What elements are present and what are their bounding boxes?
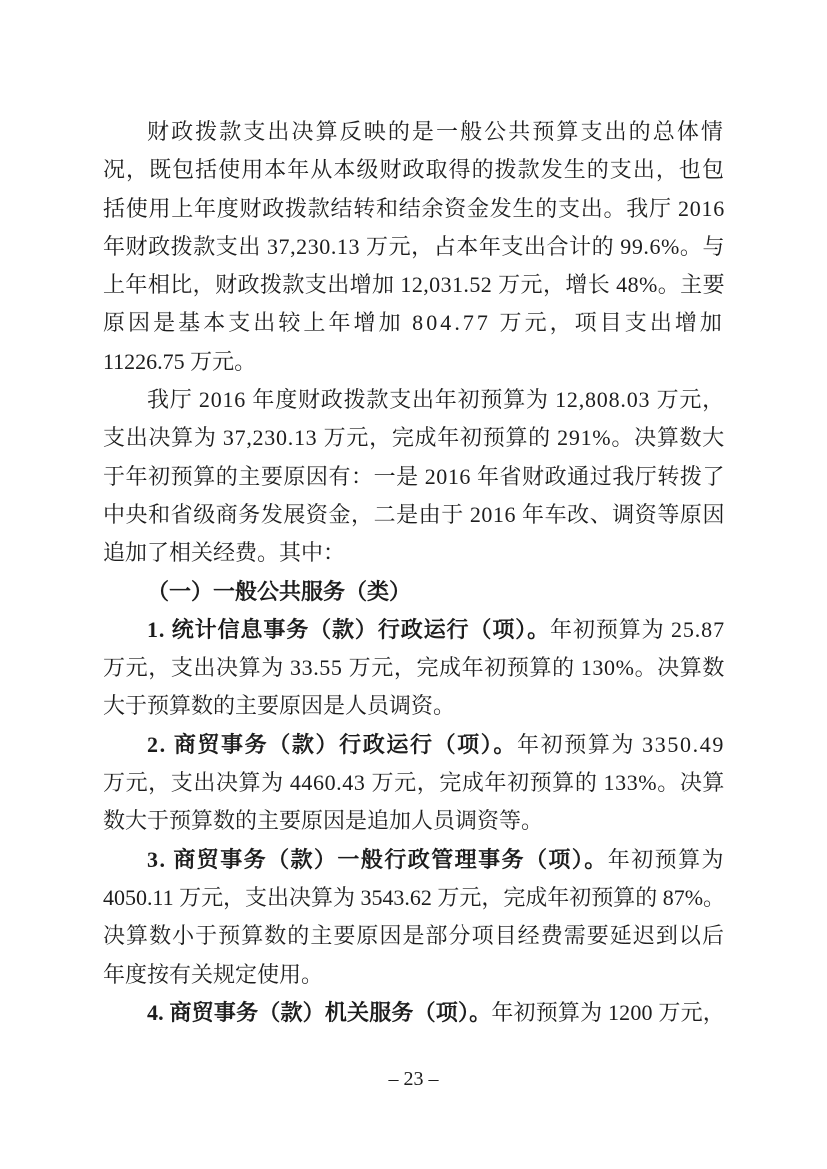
text-line: 11226.75 万元。: [103, 343, 725, 381]
text-line: 大于预算数的主要原因是人员调资。: [103, 687, 725, 725]
text-line: 万元，支出决算为 33.55 万元，完成年初预算的 130%。决算数: [103, 649, 725, 687]
item-heading: 2. 商贸事务（款）行政运行（项）。: [147, 732, 517, 757]
text-line: 3. 商贸事务（款）一般行政管理事务（项）。年初预算为: [103, 841, 725, 879]
paragraph-item-1: 1. 统计信息事务（款）行政运行（项）。年初预算为 25.87 万元，支出决算为…: [103, 611, 725, 726]
text-segment: 决算数小于预算数的主要原因是部分项目经费需要延迟到以后: [103, 923, 725, 948]
text-line: 中央和省级商务发展资金，二是由于 2016 年车改、调资等原因: [103, 496, 725, 534]
text-segment: 11226.75 万元。: [103, 349, 256, 374]
text-segment: 于年初预算的主要原因有：一是 2016 年省财政通过我厅转拨了: [103, 464, 725, 489]
text-line: 4. 商贸事务（款）机关服务（项）。年初预算为 1200 万元，: [103, 994, 725, 1032]
text-segment: 上年相比，财政拨款支出增加 12,031.52 万元，增长 48%。主要: [103, 272, 725, 297]
text-segment: 我厅 2016 年度财政拨款支出年初预算为 12,808.03 万元，: [147, 387, 725, 412]
text-line: 上年相比，财政拨款支出增加 12,031.52 万元，增长 48%。主要: [103, 266, 725, 304]
text-line: 财政拨款支出决算反映的是一般公共预算支出的总体情: [103, 113, 725, 151]
paragraph-section-heading: （一）一般公共服务（类）: [103, 573, 725, 611]
text-line: 于年初预算的主要原因有：一是 2016 年省财政通过我厅转拨了: [103, 458, 725, 496]
text-line: 年度按有关规定使用。: [103, 956, 725, 994]
text-line: 况，既包括使用本年从本级财政取得的拨款发生的支出，也包: [103, 151, 725, 189]
section-heading: （一）一般公共服务（类）: [147, 579, 411, 604]
text-segment: 中央和省级商务发展资金，二是由于 2016 年车改、调资等原因: [103, 502, 725, 527]
item-heading: 3. 商贸事务（款）一般行政管理事务（项）。: [147, 847, 608, 872]
text-segment: 万元，支出决算为 33.55 万元，完成年初预算的 130%。决算数: [103, 655, 725, 680]
text-line: 决算数小于预算数的主要原因是部分项目经费需要延迟到以后: [103, 917, 725, 955]
text-line: （一）一般公共服务（类）: [103, 573, 725, 611]
text-line: 1. 统计信息事务（款）行政运行（项）。年初预算为 25.87: [103, 611, 725, 649]
text-line: 年财政拨款支出 37,230.13 万元，占本年支出合计的 99.6%。与: [103, 228, 725, 266]
paragraph-budget-comparison: 我厅 2016 年度财政拨款支出年初预算为 12,808.03 万元， 支出决算…: [103, 381, 725, 572]
text-line: 括使用上年度财政拨款结转和结余资金发生的支出。我厅 2016: [103, 190, 725, 228]
text-line: 原因是基本支出较上年增加 804.77 万元，项目支出增加: [103, 304, 725, 342]
paragraph-item-4: 4. 商贸事务（款）机关服务（项）。年初预算为 1200 万元，: [103, 994, 725, 1032]
item-heading: 4. 商贸事务（款）机关服务（项）。: [147, 1000, 491, 1025]
page-content: 财政拨款支出决算反映的是一般公共预算支出的总体情 况，既包括使用本年从本级财政取…: [103, 113, 725, 1032]
text-line: 数大于预算数的主要原因是追加人员调资等。: [103, 802, 725, 840]
paragraph-fiscal-overview: 财政拨款支出决算反映的是一般公共预算支出的总体情 况，既包括使用本年从本级财政取…: [103, 113, 725, 381]
text-segment: 万元，支出决算为 4460.43 万元，完成年初预算的 133%。决算: [103, 770, 725, 795]
text-line: 追加了相关经费。其中：: [103, 534, 725, 572]
text-segment: 年初预算为 25.87: [550, 617, 725, 642]
text-segment: 追加了相关经费。其中：: [103, 540, 345, 565]
text-line: 我厅 2016 年度财政拨款支出年初预算为 12,808.03 万元，: [103, 381, 725, 419]
document-page: 财政拨款支出决算反映的是一般公共预算支出的总体情 况，既包括使用本年从本级财政取…: [0, 0, 827, 1169]
text-segment: 况，既包括使用本年从本级财政取得的拨款发生的支出，也包: [103, 157, 725, 182]
paragraph-item-2: 2. 商贸事务（款）行政运行（项）。年初预算为 3350.49 万元，支出决算为…: [103, 726, 725, 841]
text-line: 2. 商贸事务（款）行政运行（项）。年初预算为 3350.49: [103, 726, 725, 764]
text-segment: 括使用上年度财政拨款结转和结余资金发生的支出。我厅 2016: [103, 196, 725, 221]
page-number: – 23 –: [0, 1068, 827, 1091]
text-segment: 年初预算为 1200 万元，: [491, 1000, 725, 1025]
text-segment: 4050.11 万元，支出决算为 3543.62 万元，完成年初预算的 87%。: [103, 885, 725, 910]
item-heading: 1. 统计信息事务（款）行政运行（项）。: [147, 617, 550, 642]
text-segment: 年初预算为 3350.49: [517, 732, 725, 757]
text-segment: 年度按有关规定使用。: [103, 962, 323, 987]
text-line: 万元，支出决算为 4460.43 万元，完成年初预算的 133%。决算: [103, 764, 725, 802]
text-segment: 年初预算为: [608, 847, 725, 872]
text-segment: 原因是基本支出较上年增加 804.77 万元，项目支出增加: [103, 310, 725, 335]
text-segment: 数大于预算数的主要原因是追加人员调资等。: [103, 808, 543, 833]
text-segment: 支出决算为 37,230.13 万元，完成年初预算的 291%。决算数大: [103, 425, 725, 450]
text-segment: 年财政拨款支出 37,230.13 万元，占本年支出合计的 99.6%。与: [103, 234, 725, 259]
text-segment: 财政拨款支出决算反映的是一般公共预算支出的总体情: [147, 119, 725, 144]
text-line: 4050.11 万元，支出决算为 3543.62 万元，完成年初预算的 87%。: [103, 879, 725, 917]
paragraph-item-3: 3. 商贸事务（款）一般行政管理事务（项）。年初预算为 4050.11 万元，支…: [103, 841, 725, 994]
text-line: 支出决算为 37,230.13 万元，完成年初预算的 291%。决算数大: [103, 419, 725, 457]
text-segment: 大于预算数的主要原因是人员调资。: [103, 693, 455, 718]
